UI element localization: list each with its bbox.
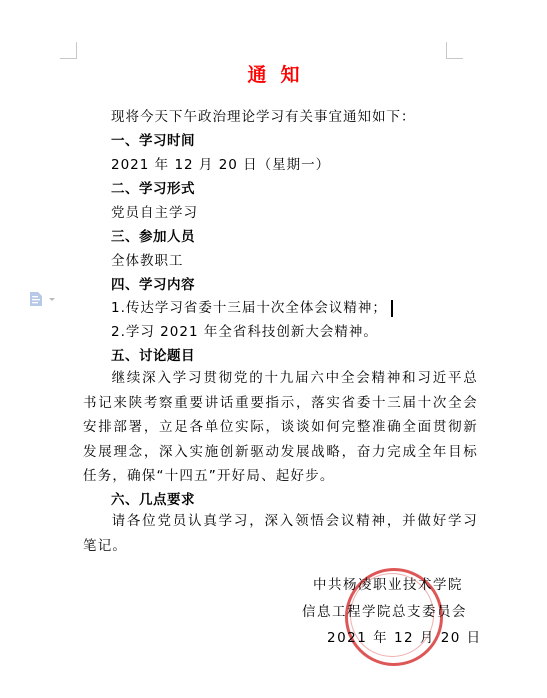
section-heading-3: 三、参加人员 [111, 225, 195, 245]
section-heading-5: 五、讨论题目 [111, 344, 195, 364]
section-5-paragraph-text: 继续深入学习贯彻党的十九届六中全会精神和习近平总书记来陕考察重要讲话重要指示，落… [83, 370, 478, 484]
section-4-line-1-text: 1.传达学习省委十三届十次全体会议精神； [111, 300, 387, 316]
signature-date: 2021 年 12 月 20 日 [327, 626, 482, 646]
section-5-paragraph: 继续深入学习贯彻党的十九届六中全会精神和习近平总书记来陕考察重要讲话重要指示，落… [83, 366, 478, 489]
page-corner-marker-top-left [60, 42, 77, 59]
chevron-down-icon[interactable] [49, 298, 55, 301]
section-3-line: 全体教职工 [111, 249, 184, 269]
section-6-paragraph-text: 请各位党员认真学习，深入领悟会议精神，并做好学习笔记。 [83, 513, 478, 554]
intro-text: 现将今天下午政治理论学习有关事宜通知如下： [111, 105, 416, 125]
document-title: 通知 [0, 60, 547, 87]
signature-org-line-2: 信息工程学院总支委员会 [302, 600, 467, 620]
page-corner-marker-top-right [446, 42, 463, 59]
section-heading-1: 一、学习时间 [111, 129, 195, 149]
section-4-line-1[interactable]: 1.传达学习省委十三届十次全体会议精神； [111, 296, 393, 317]
section-1-line: 2021 年 12 月 20 日（星期一） [111, 153, 330, 173]
section-2-line: 党员自主学习 [111, 201, 198, 221]
section-heading-2: 二、学习形式 [111, 177, 195, 197]
section-heading-6: 六、几点要求 [111, 488, 195, 508]
section-6-paragraph: 请各位党员认真学习，深入领悟会议精神，并做好学习笔记。 [83, 509, 478, 558]
paragraph-layout-icon[interactable] [30, 292, 42, 306]
text-cursor [391, 300, 393, 317]
signature-org-line-1: 中共杨凌职业技术学院 [313, 573, 463, 593]
section-4-line-2: 2.学习 2021 年全省科技创新大会精神。 [111, 320, 378, 340]
section-heading-4: 四、学习内容 [111, 273, 195, 293]
